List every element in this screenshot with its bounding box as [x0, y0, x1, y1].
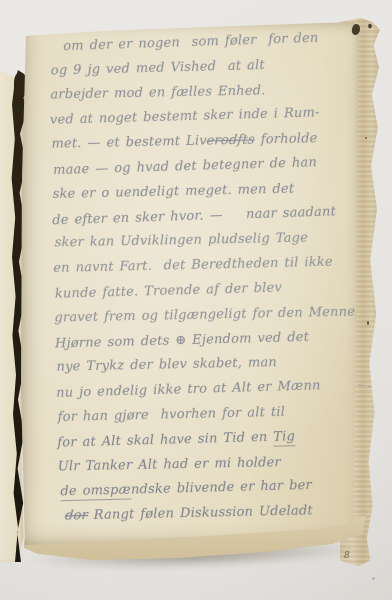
line-text: og 9 jg ved med Vished at alt	[51, 58, 265, 79]
line-text: ndske blivende er har ber	[131, 478, 312, 498]
line-text: maae — og hvad det betegner de han	[53, 155, 317, 178]
line-text: for han gjøre hvorhen for alt til	[58, 405, 286, 425]
handwriting-line: dor Rangt følen Diskussion Udeladt	[65, 498, 359, 529]
line-text: ske er o uendeligt meget. men det	[52, 181, 294, 201]
line-text: nu jo endelig ikke tro at Alt er Mænn	[56, 378, 321, 401]
line-text: Ulr Tanker Alt had er mi holder	[58, 455, 281, 474]
line-text: arbejder mod en fælles Enhed.	[50, 83, 265, 102]
line-text: sker kan Udviklingen pludselig Tage	[55, 231, 309, 251]
line-text: de efter en sker hvor. — naar saadant	[52, 204, 336, 228]
line-text: met. — et bestemt Liv	[51, 134, 207, 152]
notebook-photo: om der er nogen som føler for den og 9 j…	[0, 0, 392, 600]
manuscript-page: om der er nogen som føler for den og 9 j…	[18, 20, 362, 548]
line-text: en navnt Fart. det Beredtheden til ikke	[53, 255, 333, 276]
underlined-word: de omspæ	[60, 483, 131, 502]
struck-word: erodfts	[206, 129, 256, 155]
line-text: kunde fatte. Troende af der blev	[55, 280, 282, 301]
line-text: Rangt følen Diskussion Udeladt	[88, 503, 313, 523]
handwriting-block: om der er nogen som føler for den og 9 j…	[48, 27, 359, 530]
underlined-word: Tig	[273, 429, 295, 447]
line-text: nye Trykz der blev skabet, man	[56, 355, 277, 375]
background-speck	[372, 577, 375, 580]
line-text: gravet frem og tilgængeligt for den Menn…	[54, 303, 392, 325]
page-edge-mark: 8	[344, 551, 350, 561]
line-text: ved at noget bestemt sker inde i Rum-	[50, 106, 320, 129]
line-text: forholde	[255, 131, 318, 147]
margin-pencil-mark: – ‐	[357, 377, 373, 393]
line-text: om der er nogen som føler for den	[63, 31, 319, 54]
line-text: Hjørne som dets ⊕ Ejendom ved det	[55, 329, 309, 351]
struck-word: dor	[64, 504, 89, 529]
line-text: for at Alt skal have sin Tid en	[57, 429, 273, 450]
